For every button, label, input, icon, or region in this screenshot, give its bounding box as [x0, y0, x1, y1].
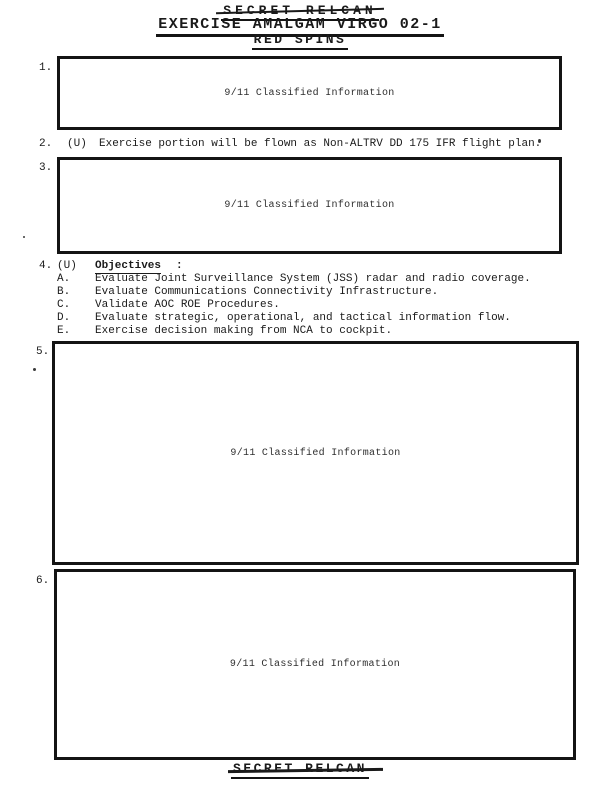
scan-noise-speck: [23, 236, 25, 238]
item-2-marking: (U): [67, 139, 87, 150]
objective-c: C. Validate AOC ROE Procedures.: [0, 300, 600, 312]
redacted-box-1: 9/11 Classified Information: [57, 56, 562, 130]
objective-e-text: Exercise decision making from NCA to coc…: [95, 326, 392, 337]
redacted-box-3: 9/11 Classified Information: [57, 157, 562, 254]
item-4-heading-line: 4. (U) Objectives :: [0, 261, 600, 273]
scanned-document-page: { "page": { "classification_top": "SECRE…: [0, 0, 600, 800]
item-1-number: 1.: [39, 63, 52, 74]
redacted-box-6: 9/11 Classified Information: [54, 569, 576, 760]
objective-a-text: Evaluate Joint Surveillance System (JSS)…: [95, 274, 531, 285]
redaction-label-1: 9/11 Classified Information: [224, 88, 394, 99]
objective-a: A. Evaluate Joint Surveillance System (J…: [0, 274, 600, 286]
objective-c-text: Validate AOC ROE Procedures.: [95, 300, 280, 311]
item-4-number: 4.: [39, 261, 52, 272]
scan-noise-speck: [538, 139, 541, 143]
classification-footer: SECRET RELCAN: [0, 762, 600, 779]
item-2-number: 2.: [39, 139, 52, 150]
objective-c-letter: C.: [57, 300, 70, 311]
item-4-heading-colon: :: [176, 261, 183, 272]
objective-b-text: Evaluate Communications Connectivity Inf…: [95, 287, 438, 298]
objective-a-letter: A.: [57, 274, 70, 285]
item-2-line: 2. (U) Exercise portion will be flown as…: [0, 139, 600, 151]
item-4-marking: (U): [57, 261, 77, 272]
objective-d: D. Evaluate strategic, operational, and …: [0, 313, 600, 325]
redaction-label-6: 9/11 Classified Information: [230, 659, 400, 670]
item-3-number: 3.: [39, 163, 52, 174]
objective-e-letter: E.: [57, 326, 70, 337]
redaction-label-3: 9/11 Classified Information: [224, 200, 394, 211]
classification-footer-text: SECRET RELCAN: [231, 762, 369, 779]
item-2-text: Exercise portion will be flown as Non-AL…: [99, 139, 541, 150]
objective-d-letter: D.: [57, 313, 70, 324]
redacted-box-5: 9/11 Classified Information: [52, 341, 579, 565]
scan-noise-speck: [33, 368, 36, 371]
objective-e: E. Exercise decision making from NCA to …: [0, 326, 600, 338]
objective-b: B. Evaluate Communications Connectivity …: [0, 287, 600, 299]
document-subtitle-text: RED SPINS: [252, 33, 349, 50]
document-subtitle: RED SPINS: [0, 33, 600, 50]
objective-b-letter: B.: [57, 287, 70, 298]
redaction-label-5: 9/11 Classified Information: [230, 448, 400, 459]
objective-d-text: Evaluate strategic, operational, and tac…: [95, 313, 511, 324]
item-6-number: 6.: [36, 576, 49, 587]
item-5-number: 5.: [36, 347, 49, 358]
